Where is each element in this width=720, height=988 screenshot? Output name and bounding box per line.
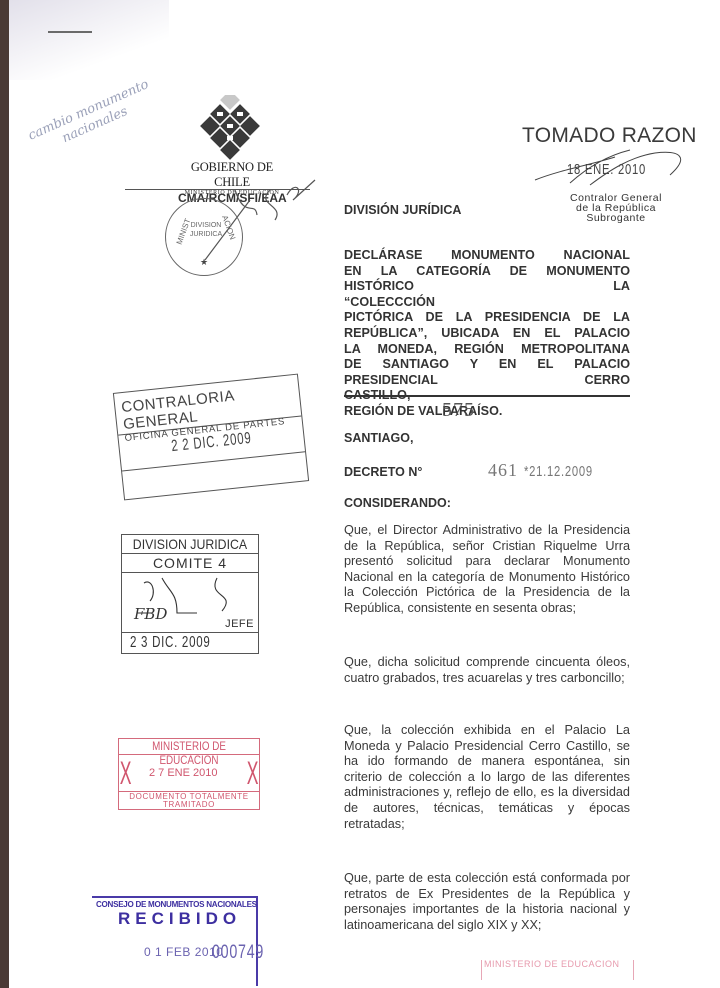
considerando-paragraph: Que, parte de esta colección está confor… [344,871,630,933]
seal-line: JURIDICA [186,230,226,239]
ministerio-stamp-footer: DOCUMENTO TOTALMENTE TRAMITADO [119,792,259,809]
considerando-paragraph: Que, el Director Administrativo de la Pr… [344,523,630,617]
ministerio-date: 2 7 ENE 2010 [149,767,218,779]
division-juridica-stamp: DIVISION JURIDICA COMITE 4 FBD JEFE 2 3 … [121,534,259,654]
contraloria-stamp-header: CONTRALORIA GENERAL OFICINA GENERAL DE P… [114,375,301,436]
stamped-number: 575 [442,399,475,422]
star-icon: ★ [200,257,208,268]
juridica-role: JEFE [225,618,254,630]
considerando-paragraph: Que, dicha solicitud comprende cincuenta… [344,655,630,686]
juridica-stamp-header: DIVISION JURIDICA [122,535,258,554]
title-line: DE SANTIAGO Y EN EL PALACIO [344,357,630,373]
juridica-committee: COMITE 4 [122,554,258,573]
juridica-initials: FBD [134,605,167,623]
title-line: REGIÓN DE VALPARAÍSO. [344,404,630,420]
consejo-monumentos-stamp: CONSEJO DE MONUMENTOS NACIONALES RECIBID… [92,896,258,986]
page-fold-shadow [9,0,169,80]
decree-number: 461 *21.12.2009 [488,460,615,481]
seal-center-text: DIVISION JURIDICA [186,221,226,239]
title-line: LA MONEDA, REGIÓN METROPOLITANA [344,342,630,358]
decree-date: *21.12.2009 [524,463,593,480]
title-line: PICTÓRICA DE LA PRESIDENCIA DE LA [344,310,630,326]
juridica-date-row: 2 3 DIC. 2009 [122,633,258,652]
title-line: EN LA CATEGORÍA DE MONUMENTO [344,264,630,280]
ministerio-educacion-stamp: MINISTERIO DE EDUCACION X 2 7 ENE 2010 X… [118,738,260,810]
consejo-status: RECIBIDO [118,909,241,929]
faint-ministerio-stamp: MINISTERIO DE EDUCACION [481,960,634,980]
tomado-razon-date: 18 ENE. 2010 [567,161,646,178]
title-rule [344,395,630,397]
top-margin-mark [48,31,92,33]
title-line: DECLÁRASE MONUMENTO NACIONAL [344,248,630,264]
considerando-paragraph: Que, la colección exhibida en el Palacio… [344,723,630,832]
division-heading: DIVISIÓN JURÍDICA [344,203,461,217]
consejo-number: 000749 [212,942,264,964]
decree-label: DECRETO N° [344,465,422,479]
contralor-signature-block: Contralor General de la República Subrog… [560,193,672,223]
x-mark-icon: X [120,755,132,792]
title-line: REPÚBLICA”, UBICADA EN EL PALACIO [344,326,630,342]
ministerio-footer-line: TRAMITADO [119,801,259,809]
juridica-title: DIVISION JURIDICA [133,536,247,552]
title-line: PRESIDENCIAL CERRO CASTILLO, [344,373,630,404]
considerando-heading: CONSIDERANDO: [344,496,451,510]
title-line: HISTÓRICO LA “COLECCCIÓN [344,279,630,310]
decree-number-value: 461 [488,460,518,480]
gobierno-de-chile-logo-icon [193,95,273,165]
juridica-signatures: FBD JEFE [122,573,258,633]
handwritten-note: cambio monumento nacionales [26,77,158,159]
contraloria-stamp: CONTRALORIA GENERAL OFICINA GENERAL DE P… [113,374,309,501]
page-binding-edge [0,0,9,988]
signer-line: Subrogante [560,213,672,223]
decree-title: DECLÁRASE MONUMENTO NACIONAL EN LA CATEG… [344,248,630,420]
division-juridica-seal: MINIST ACION DIVISION JURIDICA ★ [165,198,243,276]
ministerio-stamp-body: X 2 7 ENE 2010 X [119,755,259,792]
ministerio-stamp-header: MINISTERIO DE EDUCACION [119,739,259,755]
consejo-title: CONSEJO DE MONUMENTOS NACIONALES [96,899,257,909]
juridica-date: 2 3 DIC. 2009 [130,634,210,652]
seal-line: DIVISION [186,221,226,230]
city-label: SANTIAGO, [344,431,413,445]
x-mark-icon: X [246,755,258,792]
